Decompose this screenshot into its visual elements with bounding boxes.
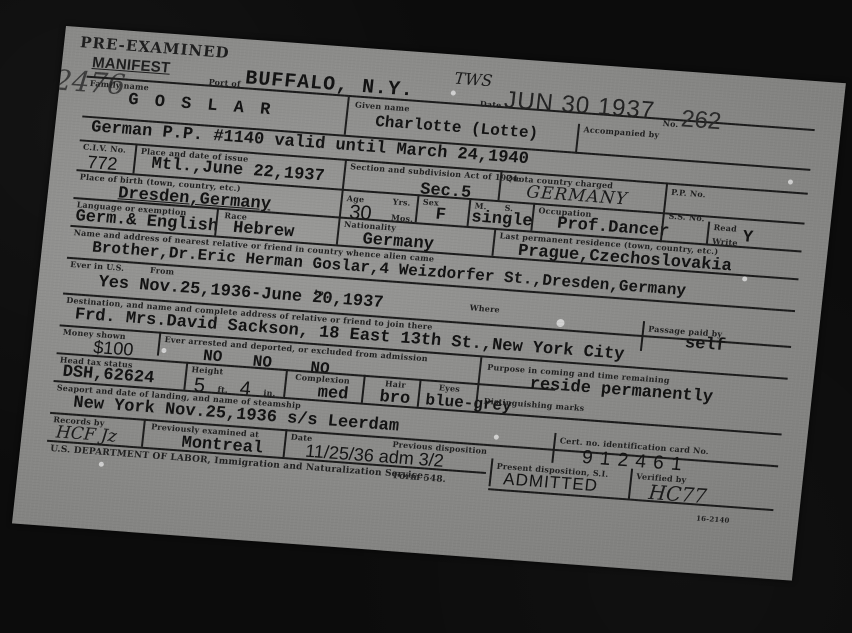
ss-no-label: S.S. No. [668,211,705,224]
divider [415,194,420,222]
divider [141,419,146,447]
accompanied-by-label: Accompanied by [583,124,660,140]
scan-artifact [99,462,105,467]
manifest-card: PRE-EXAMINED MANIFEST Port of BUFFALO, N… [12,26,846,581]
divider [575,124,580,154]
sex-value: F [434,206,446,226]
print-code: 16-2140 [696,513,730,524]
divider [488,458,493,486]
form-number: Form 548. [393,471,447,485]
divider [491,228,496,256]
divider [361,375,366,403]
divider [530,203,535,231]
rule [488,488,773,511]
divider [417,379,422,407]
passage-paid-value: self [684,334,727,356]
from-label: From [150,265,175,277]
scan-artifact [494,434,500,439]
divider [132,143,137,173]
divider [183,362,188,390]
divider [283,429,288,457]
scan-artifact [556,319,565,328]
number-stamp: 262 [680,105,723,136]
date-stamp: JUN 30 1937 [503,86,657,125]
family-name-value: G O S L A R [127,91,274,121]
divider [706,222,711,246]
divider [336,216,341,244]
read-label: Read [713,222,737,234]
divider [157,332,162,356]
scan-artifact [451,90,457,95]
pp-no-label: P.P. No. [671,187,707,199]
number-label: No. [662,118,679,129]
years-label: Yrs. [392,196,411,207]
divider [663,182,668,212]
divider [628,469,633,499]
where-label: Where [469,302,500,314]
divider [344,97,350,135]
date-label: Date [479,99,502,111]
scan-artifact [742,276,748,281]
handwritten-initials: TWS [453,69,493,91]
scan-artifact [788,179,794,184]
divider [551,433,556,463]
read-write-value: Y [742,228,754,248]
scan-artifact [161,348,167,353]
divider [283,369,288,397]
